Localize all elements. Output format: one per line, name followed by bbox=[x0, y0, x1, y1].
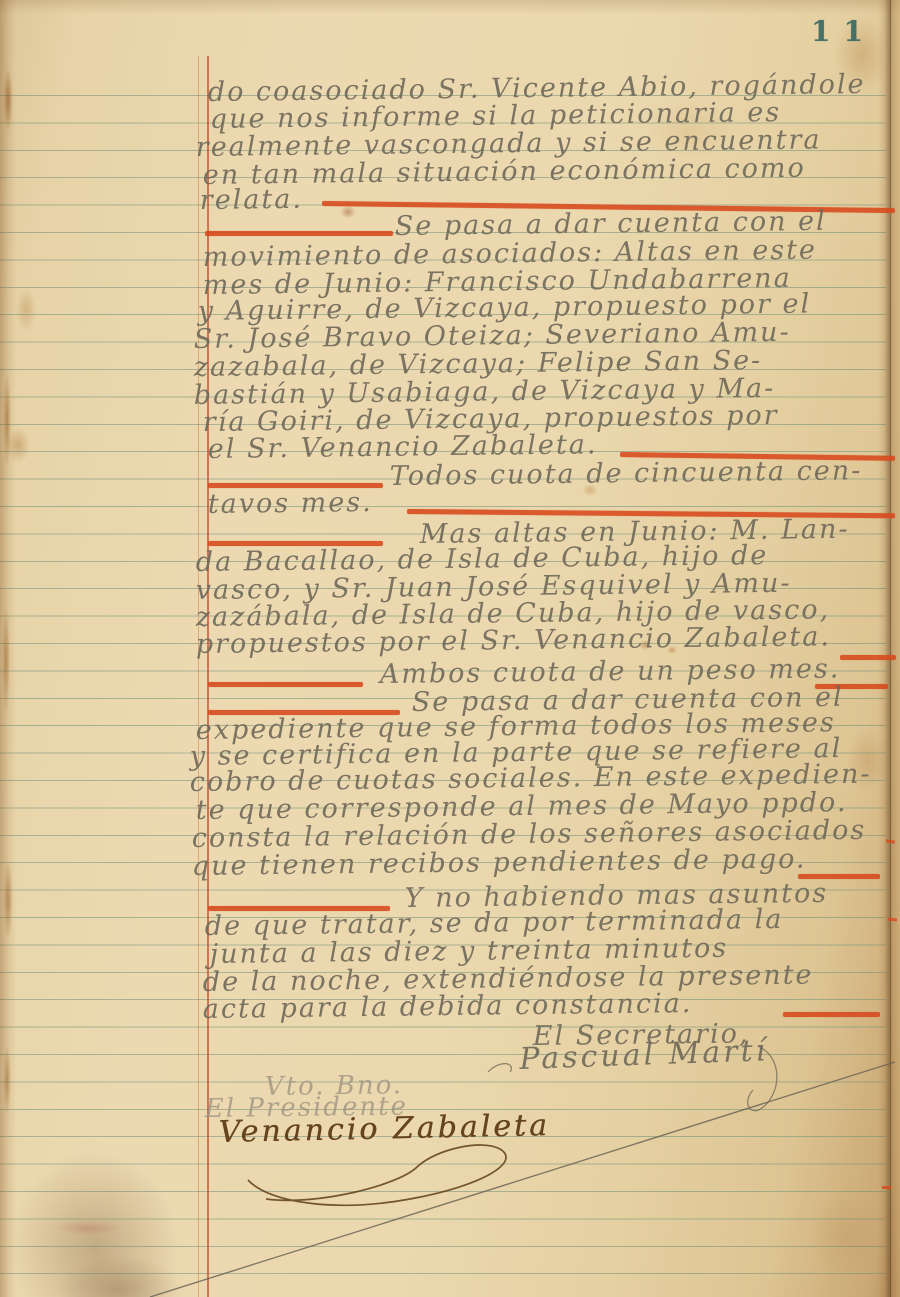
manuscript-page: 11 do coasociado Sr. Vicente Abio, rogán… bbox=[0, 0, 900, 1297]
pencil-flourishes bbox=[0, 0, 900, 1297]
diagonal-pencil-line bbox=[150, 1062, 895, 1297]
secretary-signature-lead bbox=[488, 1064, 511, 1072]
